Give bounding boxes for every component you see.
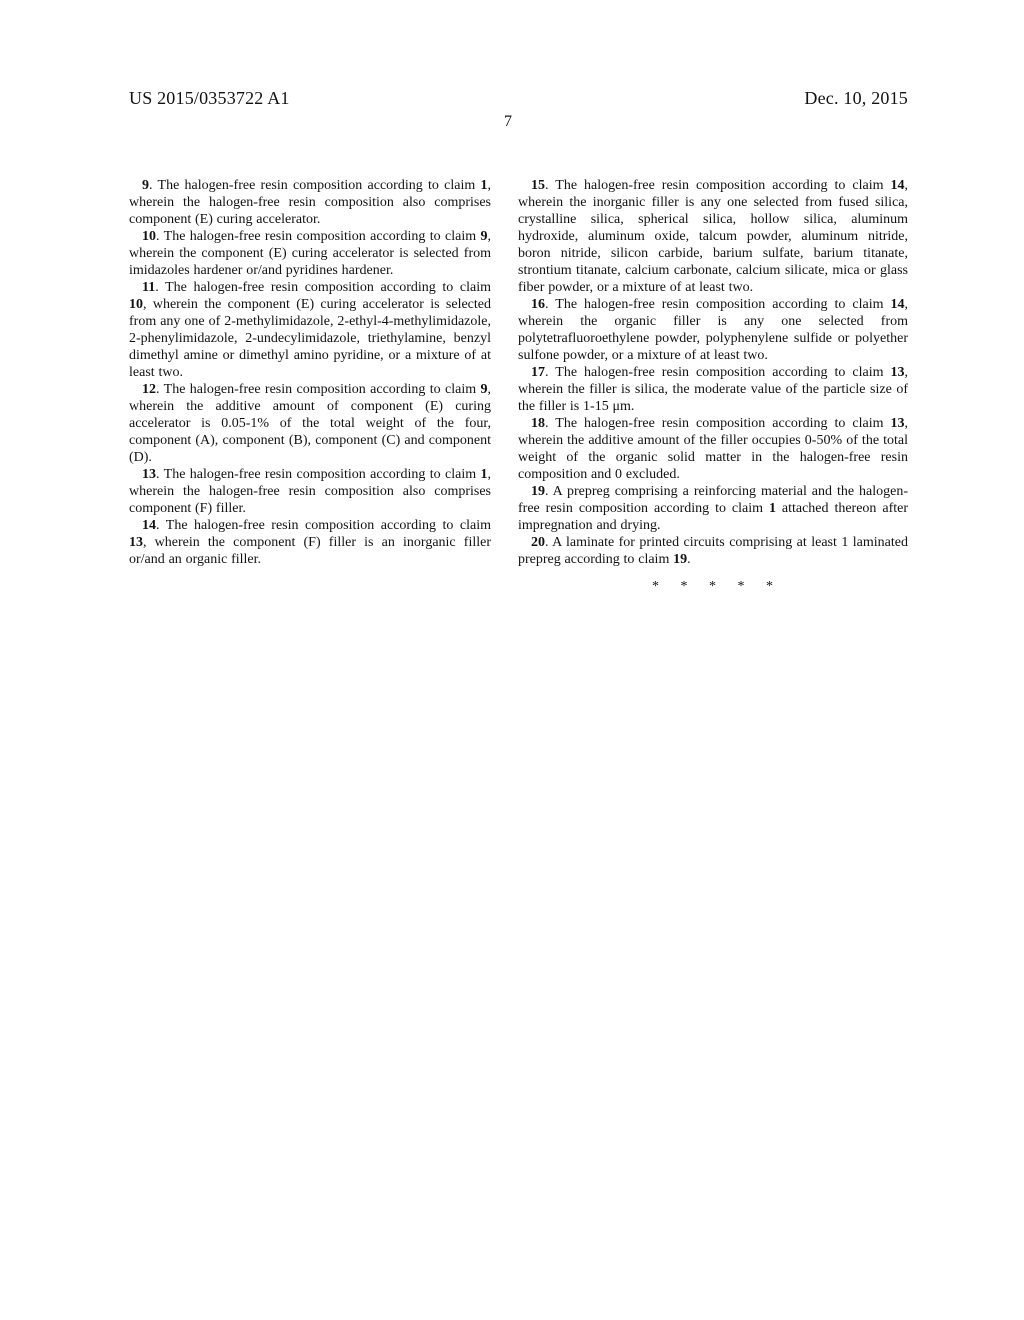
page-header: US 2015/0353722 A1 Dec. 10, 2015 — [129, 88, 908, 109]
claim-paragraph: 13. The halogen-free resin composition a… — [129, 466, 491, 517]
claim-paragraph: 9. The halogen-free resin composition ac… — [129, 177, 491, 228]
claim-paragraph: 11. The halogen-free resin composition a… — [129, 279, 491, 381]
claim-paragraph: 15. The halogen-free resin composition a… — [518, 177, 908, 296]
patent-number: US 2015/0353722 A1 — [129, 88, 290, 109]
claim-paragraph: 20. A laminate for printed circuits comp… — [518, 534, 908, 568]
claim-paragraph: 10. The halogen-free resin composition a… — [129, 228, 491, 279]
claims-column-right: 15. The halogen-free resin composition a… — [518, 177, 908, 595]
claim-paragraph: 14. The halogen-free resin composition a… — [129, 517, 491, 568]
end-of-claims-marker: * * * * * — [518, 579, 908, 595]
claim-paragraph: 16. The halogen-free resin composition a… — [518, 296, 908, 364]
publication-date: Dec. 10, 2015 — [804, 88, 908, 109]
claims-body: 9. The halogen-free resin composition ac… — [129, 177, 908, 595]
claims-column-left: 9. The halogen-free resin composition ac… — [129, 177, 491, 595]
page-number: 7 — [0, 113, 1016, 131]
claim-paragraph: 18. The halogen-free resin composition a… — [518, 415, 908, 483]
claim-paragraph: 19. A prepreg comprising a reinforcing m… — [518, 483, 908, 534]
patent-page: US 2015/0353722 A1 Dec. 10, 2015 7 9. Th… — [0, 0, 1024, 1320]
claim-paragraph: 17. The halogen-free resin composition a… — [518, 364, 908, 415]
claim-paragraph: 12. The halogen-free resin composition a… — [129, 381, 491, 466]
